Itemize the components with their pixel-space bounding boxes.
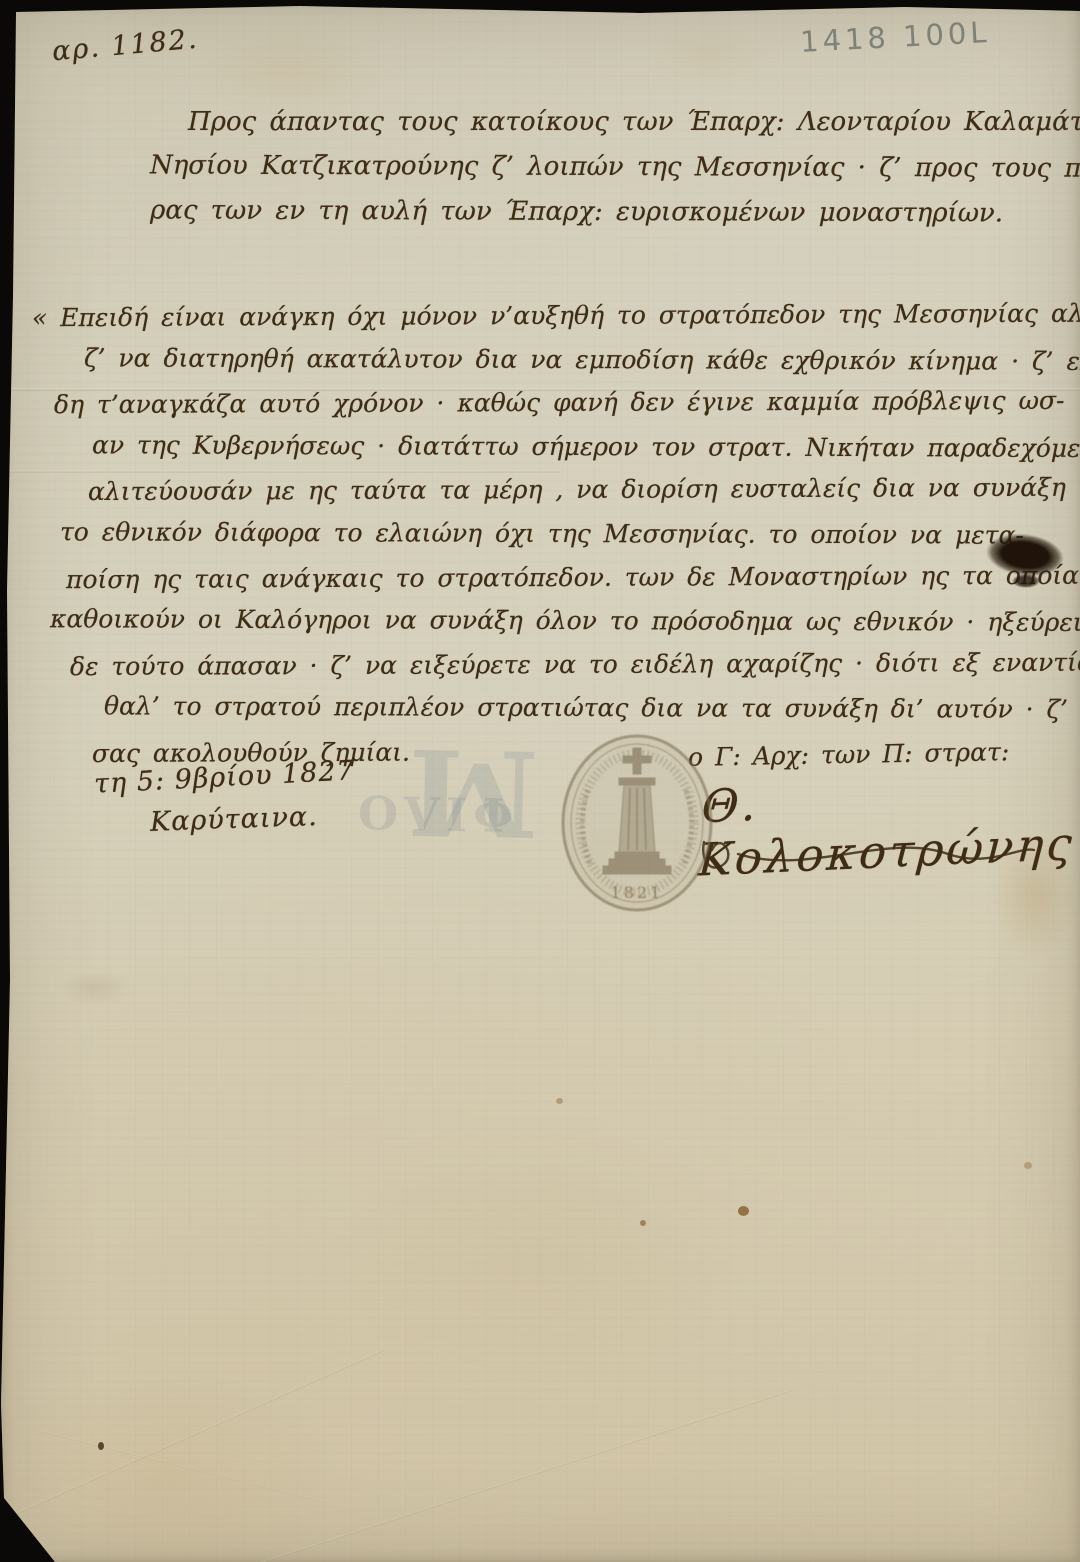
- document-number: αρ. 1182.: [51, 24, 200, 68]
- handwriting-line: « Επειδή είναι ανάγκη όχι μόνον ν’αυξηθή…: [32, 292, 1078, 340]
- closing-title: ο Γ: Αρχ: των Π: στρατ:: [688, 737, 1010, 772]
- foxing-spot: [640, 1220, 646, 1226]
- body-text-block: « Επειδή είναι ανάγκη όχι μόνον ν’αυξηθή…: [32, 294, 1078, 774]
- handwriting-line: αλιτεύουσάν με ης ταύτα τα μέρη , να διο…: [32, 466, 1078, 514]
- official-seal: 1821: [558, 732, 716, 914]
- handwriting-line: το εθνικόν διάφορα το ελαιώνη όχι της Με…: [32, 510, 1078, 557]
- signature-flourish: [698, 824, 1038, 880]
- photo-backdrop: M ΦΙΛΟ αρ. 1182. 1418 100L Προς άπαντας …: [0, 0, 1080, 1562]
- foxing-spot: [738, 1206, 749, 1216]
- corner-crease: [0, 1349, 384, 1522]
- handwriting-line: θαλ’ το στρατού περιπλέον στρατιώτας δια…: [32, 685, 1078, 732]
- show-through-word: ΦΙΛΟ: [352, 785, 514, 842]
- handwriting-line: αν της Κυβερνήσεως · διατάττω σήμερον το…: [32, 423, 1078, 470]
- heading-block: Προς άπαντας τους κατοίκους των Έπαρχ: Λ…: [150, 100, 1050, 235]
- ink-blot: [1012, 574, 1040, 588]
- handwriting-line: δε τούτο άπασαν · ζ’ να ειξεύρετε να το …: [32, 640, 1078, 688]
- handwriting-line: καθοικούν οι Καλόγηροι να συνάξη όλον το…: [32, 597, 1078, 644]
- seal-year: 1821: [611, 883, 664, 902]
- handwriting-line: ζ’ να διατηρηθή ακατάλυτον δια να εμποδί…: [32, 336, 1078, 383]
- heading-line: Προς άπαντας τους κατοίκους των Έπαρχ: Λ…: [150, 100, 1050, 145]
- corner-crease: [260, 1389, 793, 1562]
- corner-crease: [40, 1430, 332, 1505]
- handwriting-line: δη τ’αναγκάζα αυτό χρόνον · καθώς φανή δ…: [32, 379, 1078, 427]
- foxing-spot: [1024, 1162, 1032, 1169]
- foxing-spot: [98, 1442, 104, 1450]
- heading-line: Νησίου Κατζικατρούνης ζ’ λοιπών της Μεσσ…: [150, 143, 1050, 191]
- pencil-annotation: 1418 100L: [799, 15, 991, 59]
- foxing-spot: [556, 1098, 563, 1104]
- dateline-place: Καρύταινα.: [150, 801, 319, 838]
- heading-line: ρας των εν τη αυλή των Έπαρχ: ευρισκομέν…: [150, 188, 1050, 236]
- handwriting-line: ποίση ης ταις ανάγκαις το στρατόπεδον. τ…: [32, 553, 1078, 601]
- paper-sheet: M ΦΙΛΟ αρ. 1182. 1418 100L Προς άπαντας …: [0, 0, 1080, 1562]
